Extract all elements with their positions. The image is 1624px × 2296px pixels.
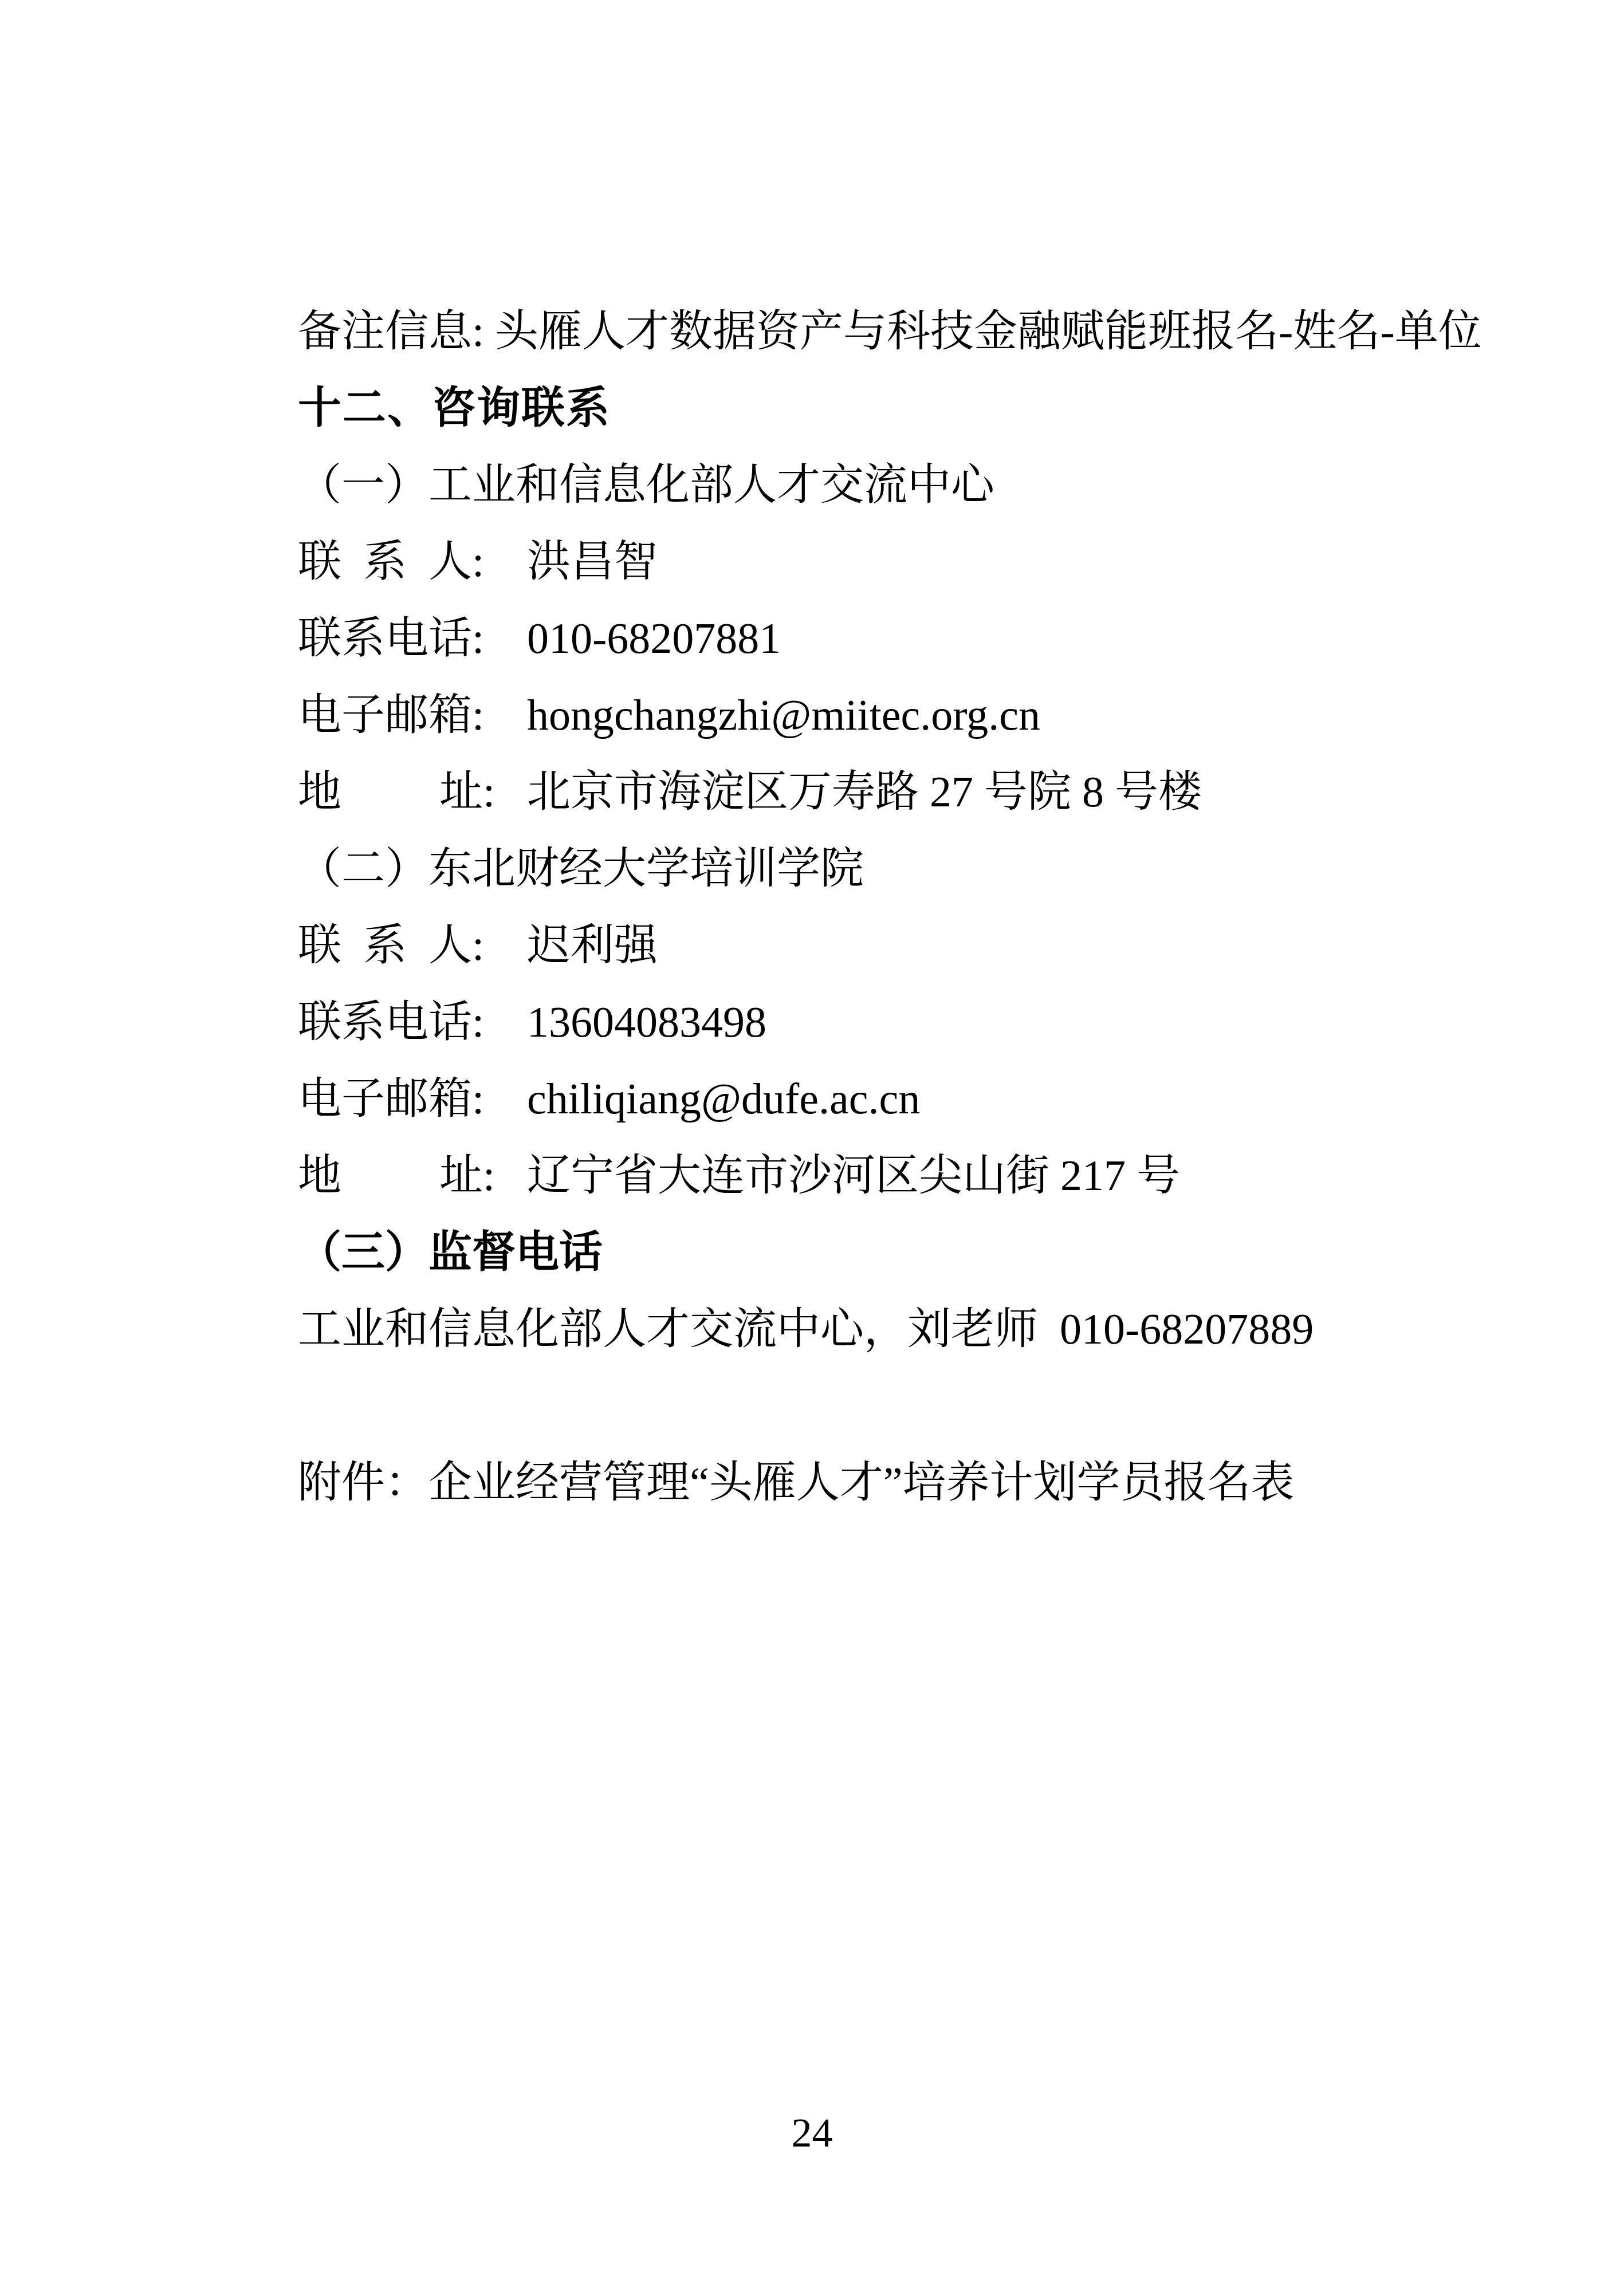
org2-phone-value: 13604083498	[527, 998, 766, 1046]
org2-address-value: 辽宁省大连市沙河区尖山街 217 号	[527, 1152, 1180, 1200]
remark-text: 备注信息: 头雁人才数据资产与科技金融赋能班报名-姓名-单位	[298, 308, 1482, 356]
org1-address-value: 北京市海淀区万寿路 27 号院 8 号楼	[527, 768, 1202, 816]
org2-email-row: 电子邮箱:chiliqiang@dufe.ac.cn	[298, 1061, 1444, 1137]
supervision-line: 工业和信息化部人才交流中心，刘老师 010-68207889	[298, 1291, 1444, 1368]
supervision-text: 工业和信息化部人才交流中心，刘老师 010-68207889	[298, 1305, 1314, 1353]
org1-email-label: 电子邮箱:	[298, 677, 527, 754]
org2-email-label: 电子邮箱:	[298, 1061, 527, 1137]
org1-email-value: hongchangzhi@miitec.org.cn	[527, 691, 1040, 739]
org1-contact-name-label: 联 系 人:	[298, 523, 527, 600]
org1-contact-name-value: 洪昌智	[527, 538, 658, 586]
text-block: 备注信息: 头雁人才数据资产与科技金融赋能班报名-姓名-单位 十二、咨询联系 （…	[298, 293, 1444, 1521]
org2-address-label: 地 址:	[298, 1137, 527, 1214]
org1-phone-value: 010-68207881	[527, 615, 781, 663]
org2-contact-name-label: 联 系 人:	[298, 907, 527, 984]
org2-contact-name-row: 联 系 人:迟利强	[298, 907, 1444, 984]
supervision-heading-text: （三）监督电话	[298, 1228, 603, 1277]
page-number-text: 24	[792, 2110, 833, 2156]
document-page: 备注信息: 头雁人才数据资产与科技金融赋能班报名-姓名-单位 十二、咨询联系 （…	[0, 0, 1624, 2296]
org1-heading: （一）工业和信息化部人才交流中心	[298, 447, 1444, 523]
org2-phone-label: 联系电话:	[298, 984, 527, 1061]
attachment-line: 附件：企业经营管理“头雁人才”培养计划学员报名表	[298, 1444, 1444, 1521]
blank-line	[298, 1368, 1444, 1444]
org2-contact-name-value: 迟利强	[527, 921, 658, 970]
org1-phone-row: 联系电话:010-68207881	[298, 600, 1444, 677]
org2-address-row: 地 址:辽宁省大连市沙河区尖山街 217 号	[298, 1137, 1444, 1214]
supervision-heading: （三）监督电话	[298, 1214, 1444, 1291]
section-heading-text: 十二、咨询联系	[298, 384, 611, 432]
remark-line: 备注信息: 头雁人才数据资产与科技金融赋能班报名-姓名-单位	[298, 293, 1444, 370]
org1-phone-label: 联系电话:	[298, 600, 527, 677]
section-heading: 十二、咨询联系	[298, 370, 1444, 447]
org2-phone-row: 联系电话:13604083498	[298, 984, 1444, 1061]
org1-heading-text: （一）工业和信息化部人才交流中心	[298, 461, 994, 509]
page-number: 24	[0, 2112, 1624, 2153]
org1-contact-name-row: 联 系 人:洪昌智	[298, 523, 1444, 600]
org2-heading: （二）东北财经大学培训学院	[298, 830, 1444, 907]
org1-email-row: 电子邮箱:hongchangzhi@miitec.org.cn	[298, 677, 1444, 754]
org1-address-label: 地 址:	[298, 754, 527, 830]
org2-heading-text: （二）东北财经大学培训学院	[298, 845, 864, 893]
org1-address-row: 地 址:北京市海淀区万寿路 27 号院 8 号楼	[298, 754, 1444, 830]
attachment-text: 附件：企业经营管理“头雁人才”培养计划学员报名表	[298, 1459, 1294, 1507]
org2-email-value: chiliqiang@dufe.ac.cn	[527, 1075, 920, 1123]
